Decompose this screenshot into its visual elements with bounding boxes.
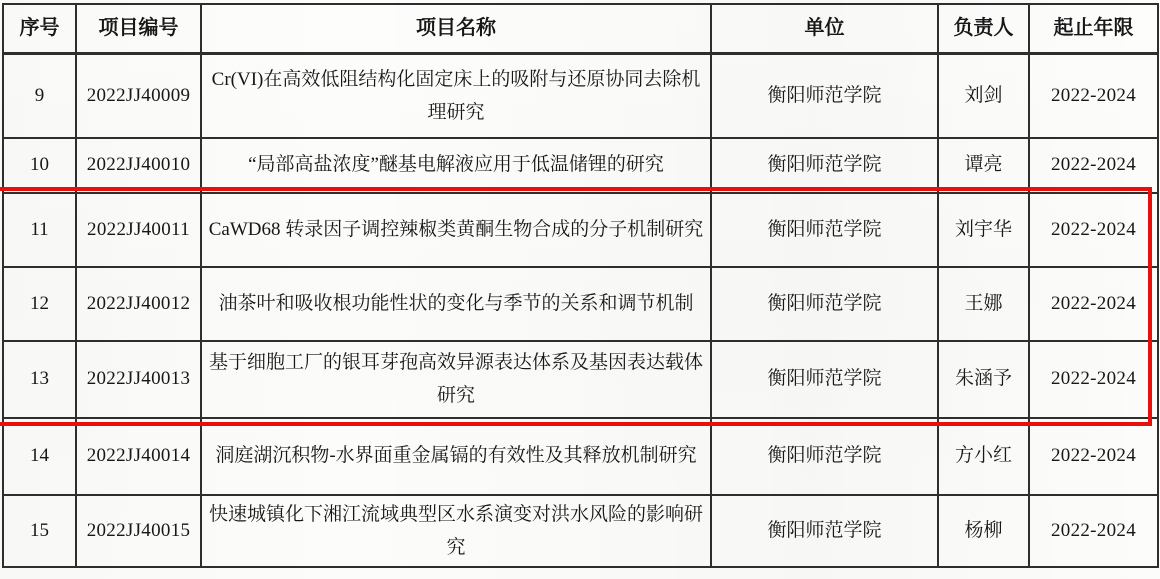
cell-leader: 谭亮 bbox=[938, 138, 1029, 193]
cell-no: 12 bbox=[3, 267, 76, 341]
cell-years: 2022-2024 bbox=[1029, 267, 1158, 341]
cell-leader: 朱涵予 bbox=[938, 341, 1029, 418]
cell-code: 2022JJ40010 bbox=[76, 138, 201, 193]
cell-name: 洞庭湖沉积物-水界面重金属镉的有效性及其释放机制研究 bbox=[201, 418, 711, 495]
cell-name: Cr(VI)在高效低阻结构化固定床上的吸附与还原协同去除机理研究 bbox=[201, 54, 711, 138]
cell-unit: 衡阳师范学院 bbox=[711, 341, 938, 418]
cell-name: 基于细胞工厂的银耳芽孢高效异源表达体系及基因表达载体研究 bbox=[201, 341, 711, 418]
table-row-highlighted: 13 2022JJ40013 基于细胞工厂的银耳芽孢高效异源表达体系及基因表达载… bbox=[3, 341, 1158, 418]
cell-no: 11 bbox=[3, 193, 76, 267]
cell-code: 2022JJ40013 bbox=[76, 341, 201, 418]
cell-years: 2022-2024 bbox=[1029, 193, 1158, 267]
cell-name: 快速城镇化下湘江流域典型区水系演变对洪水风险的影响研究 bbox=[201, 495, 711, 568]
cell-name: “局部高盐浓度”醚基电解液应用于低温储锂的研究 bbox=[201, 138, 711, 193]
table-header-row: 序号 项目编号 项目名称 单位 负责人 起止年限 bbox=[3, 4, 1158, 54]
cell-code: 2022JJ40014 bbox=[76, 418, 201, 495]
table-row-highlighted: 11 2022JJ40011 CaWD68 转录因子调控辣椒类黄酮生物合成的分子… bbox=[3, 193, 1158, 267]
cell-years: 2022-2024 bbox=[1029, 418, 1158, 495]
cell-code: 2022JJ40011 bbox=[76, 193, 201, 267]
cell-no: 15 bbox=[3, 495, 76, 568]
cell-name: CaWD68 转录因子调控辣椒类黄酮生物合成的分子机制研究 bbox=[201, 193, 711, 267]
cell-unit: 衡阳师范学院 bbox=[711, 267, 938, 341]
cell-code: 2022JJ40009 bbox=[76, 54, 201, 138]
scanned-document-page: 序号 项目编号 项目名称 单位 负责人 起止年限 9 2022JJ40009 C… bbox=[0, 0, 1160, 579]
cell-leader: 刘剑 bbox=[938, 54, 1029, 138]
col-header-years: 起止年限 bbox=[1029, 4, 1158, 54]
cell-years: 2022-2024 bbox=[1029, 495, 1158, 568]
col-header-code: 项目编号 bbox=[76, 4, 201, 54]
cell-years: 2022-2024 bbox=[1029, 341, 1158, 418]
cell-code: 2022JJ40012 bbox=[76, 267, 201, 341]
cell-no: 13 bbox=[3, 341, 76, 418]
table-row: 9 2022JJ40009 Cr(VI)在高效低阻结构化固定床上的吸附与还原协同… bbox=[3, 54, 1158, 138]
cell-leader: 方小红 bbox=[938, 418, 1029, 495]
cell-no: 10 bbox=[3, 138, 76, 193]
cell-code: 2022JJ40015 bbox=[76, 495, 201, 568]
col-header-leader: 负责人 bbox=[938, 4, 1029, 54]
cell-no: 9 bbox=[3, 54, 76, 138]
cell-unit: 衡阳师范学院 bbox=[711, 138, 938, 193]
col-header-no: 序号 bbox=[3, 4, 76, 54]
table-row: 10 2022JJ40010 “局部高盐浓度”醚基电解液应用于低温储锂的研究 衡… bbox=[3, 138, 1158, 193]
col-header-name: 项目名称 bbox=[201, 4, 711, 54]
cell-leader: 刘宇华 bbox=[938, 193, 1029, 267]
table-row-highlighted: 12 2022JJ40012 油茶叶和吸收根功能性状的变化与季节的关系和调节机制… bbox=[3, 267, 1158, 341]
table-row: 15 2022JJ40015 快速城镇化下湘江流域典型区水系演变对洪水风险的影响… bbox=[3, 495, 1158, 568]
cell-unit: 衡阳师范学院 bbox=[711, 54, 938, 138]
table-row: 14 2022JJ40014 洞庭湖沉积物-水界面重金属镉的有效性及其释放机制研… bbox=[3, 418, 1158, 495]
cell-years: 2022-2024 bbox=[1029, 138, 1158, 193]
projects-table: 序号 项目编号 项目名称 单位 负责人 起止年限 9 2022JJ40009 C… bbox=[2, 3, 1159, 568]
cell-leader: 王娜 bbox=[938, 267, 1029, 341]
cell-unit: 衡阳师范学院 bbox=[711, 418, 938, 495]
cell-name: 油茶叶和吸收根功能性状的变化与季节的关系和调节机制 bbox=[201, 267, 711, 341]
cell-years: 2022-2024 bbox=[1029, 54, 1158, 138]
cell-unit: 衡阳师范学院 bbox=[711, 193, 938, 267]
cell-unit: 衡阳师范学院 bbox=[711, 495, 938, 568]
col-header-unit: 单位 bbox=[711, 4, 938, 54]
cell-leader: 杨柳 bbox=[938, 495, 1029, 568]
cell-no: 14 bbox=[3, 418, 76, 495]
